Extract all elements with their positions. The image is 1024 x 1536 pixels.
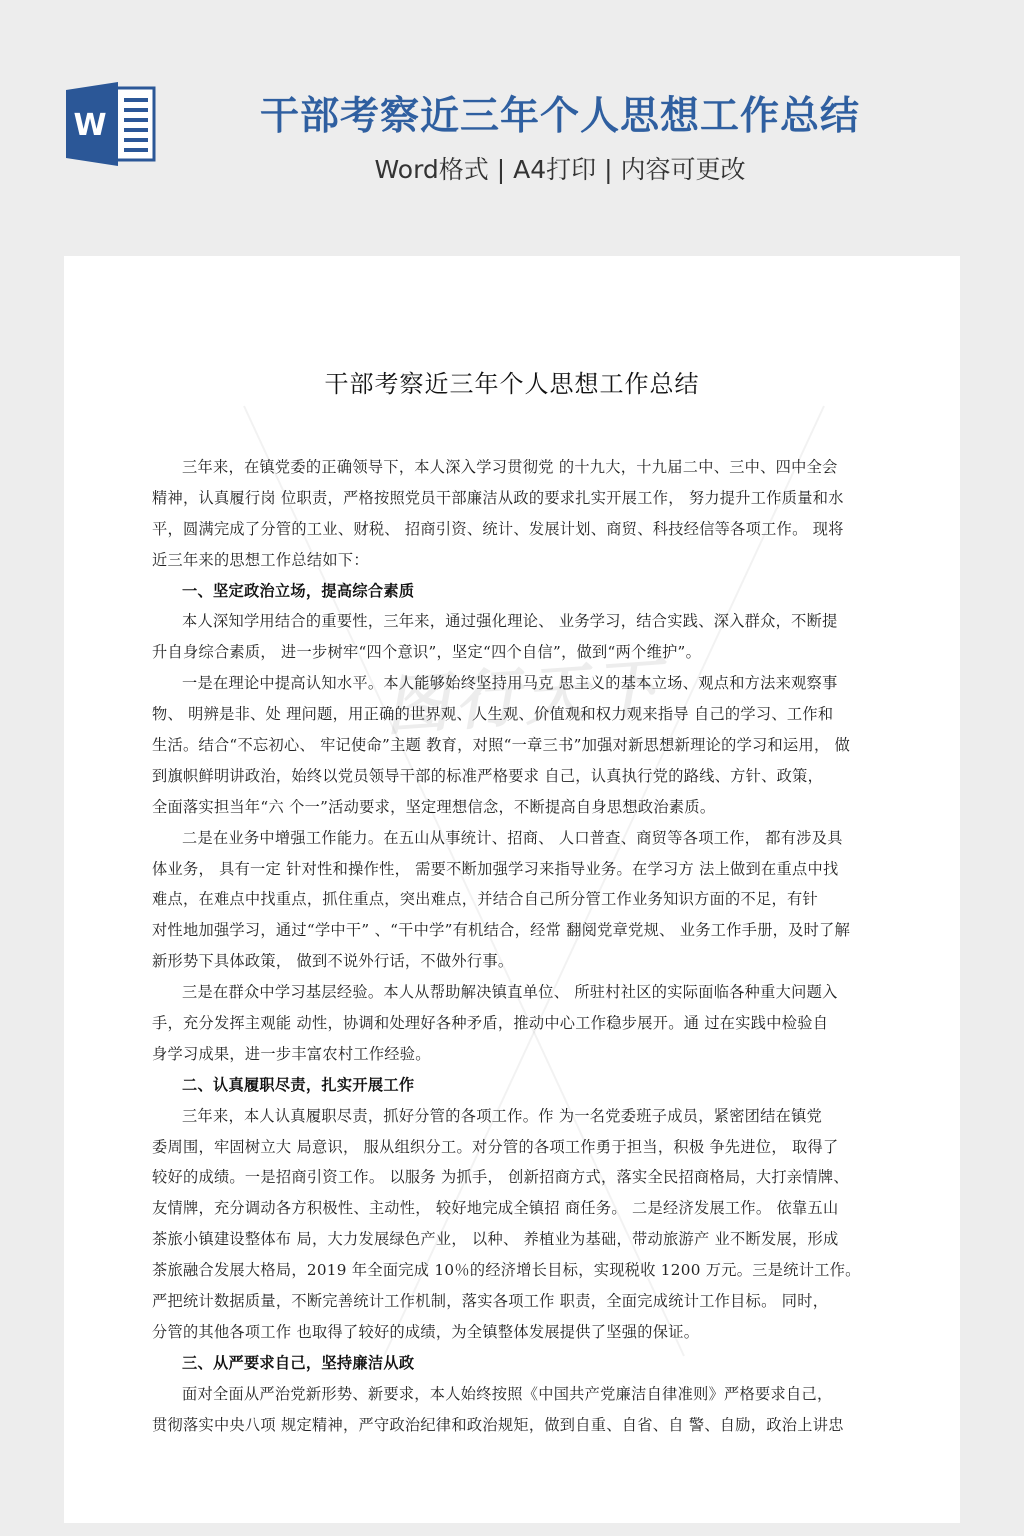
text-line: 体业务， 具有一定 针对性和操作性， 需要不断加强学习来指导业务。在学习方 法上…	[152, 854, 872, 885]
header-banner: W 干部考察近三年个人思想工作总结 Word格式 | A4打印 | 内容可更改	[0, 0, 1024, 256]
banner-title: 干部考察近三年个人思想工作总结	[200, 92, 920, 142]
text-line: 茶旅融合发展大格局，2019 年全面完成 10％的经济增长目标，实现税收 120…	[152, 1255, 872, 1286]
text-line: 近三年来的思想工作总结如下：	[152, 545, 872, 576]
text-line: 面对全面从严治党新形势、新要求，本人始终按照《中国共产党廉洁自律准则》严格要求自…	[152, 1379, 872, 1410]
section-heading: 二、认真履职尽责，扎实开展工作	[152, 1070, 872, 1101]
text-line: 全面落实担当年“六 个一”活动要求，坚定理想信念，不断提高自身思想政治素质。	[152, 792, 872, 823]
document-body: 三年来，在镇党委的正确领导下，本人深入学习贯彻党 的十九大，十九届二中、三中、四…	[152, 452, 872, 1441]
text-line: 较好的成绩。一是招商引资工作。 以服务 为抓手， 创新招商方式，落实全民招商格局…	[152, 1162, 872, 1193]
text-line: 生活。结合“不忘初心、 牢记使命”主题 教育，对照“一章三书”加强对新思想新理论…	[152, 730, 872, 761]
document-title: 干部考察近三年个人思想工作总结	[64, 364, 960, 404]
text-line: 三年来，本人认真履职尽责，抓好分管的各项工作。作 为一名党委班子成员，紧密团结在…	[152, 1101, 872, 1132]
text-line: 友情牌，充分调动各方积极性、主动性， 较好地完成全镇招 商任务。 二是经济发展工…	[152, 1193, 872, 1224]
banner-subtitle: Word格式 | A4打印 | 内容可更改	[200, 152, 920, 188]
text-line: 身学习成果，进一步丰富农村工作经验。	[152, 1039, 872, 1070]
text-line: 本人深知学用结合的重要性，三年来，通过强化理论、 业务学习，结合实践、深入群众，…	[152, 606, 872, 637]
text-line: 一是在理论中提高认知水平。本人能够始终坚持用马克 思主义的基本立场、观点和方法来…	[152, 668, 872, 699]
text-line: 对性地加强学习，通过“学中干” 、“干中学”有机结合，经常 翻阅党章党规、 业务…	[152, 915, 872, 946]
text-line: 物、 明辨是非、处 理问题，用正确的世界观、人生观、价值观和权力观来指导 自己的…	[152, 699, 872, 730]
text-line: 严把统计数据质量，不断完善统计工作机制，落实各项工作 职责，全面完成统计工作目标…	[152, 1286, 872, 1317]
text-line: 三是在群众中学习基层经验。本人从帮助解决镇直单位、 所驻村社区的实际面临各种重大…	[152, 977, 872, 1008]
section-heading: 一、坚定政治立场，提高综合素质	[152, 576, 872, 607]
svg-text:W: W	[73, 108, 106, 143]
text-line: 到旗帜鲜明讲政治，始终以党员领导干部的标准严格要求 自己，认真执行党的路线、方针…	[152, 761, 872, 792]
text-line: 分管的其他各项工作 也取得了较好的成绩，为全镇整体发展提供了坚强的保证。	[152, 1317, 872, 1348]
text-line: 贯彻落实中央八项 规定精神，严守政治纪律和政治规矩，做到自重、自省、自 警、自励…	[152, 1410, 872, 1441]
section-heading: 三、从严要求自己，坚持廉洁从政	[152, 1348, 872, 1379]
text-line: 茶旅小镇建设整体布 局，大力发展绿色产业， 以种、 养植业为基础，带动旅游产 业…	[152, 1224, 872, 1255]
text-line: 手，充分发挥主观能 动性，协调和处理好各种矛盾，推动中心工作稳步展开。通 过在实…	[152, 1008, 872, 1039]
word-icon: W	[64, 80, 156, 166]
text-line: 新形势下具体政策， 做到不说外行话，不做外行事。	[152, 946, 872, 977]
text-line: 三年来，在镇党委的正确领导下，本人深入学习贯彻党 的十九大，十九届二中、三中、四…	[152, 452, 872, 483]
text-line: 精神，认真履行岗 位职责，严格按照党员干部廉洁从政的要求扎实开展工作， 努力提升…	[152, 483, 872, 514]
text-line: 升自身综合素质， 进一步树牢“四个意识”，坚定“四个自信”，做到“两个维护”。	[152, 637, 872, 668]
text-line: 委周围，牢固树立大 局意识， 服从组织分工。对分管的各项工作勇于担当，积极 争先…	[152, 1132, 872, 1163]
document-page: 图行天下 干部考察近三年个人思想工作总结 三年来，在镇党委的正确领导下，本人深入…	[64, 256, 960, 1523]
text-line: 二是在业务中增强工作能力。在五山从事统计、招商、 人口普查、商贸等各项工作， 都…	[152, 823, 872, 854]
text-line: 平，圆满完成了分管的工业、财税、 招商引资、统计、发展计划、商贸、科技经信等各项…	[152, 514, 872, 545]
text-line: 难点，在难点中找重点，抓住重点，突出难点，并结合自己所分管工作业务知识方面的不足…	[152, 884, 872, 915]
